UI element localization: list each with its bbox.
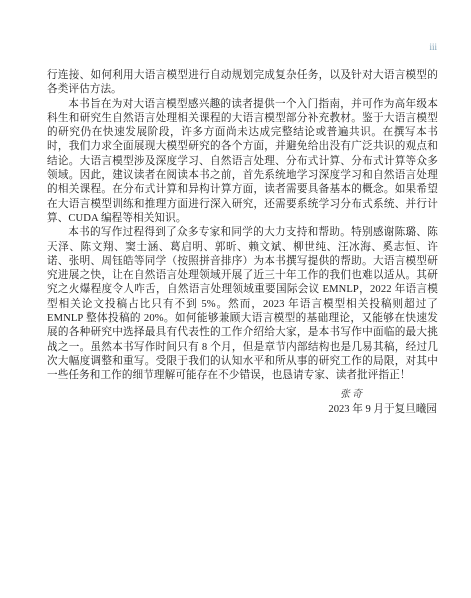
paragraph-audience: 本书旨在为对大语言模型感兴趣的读者提供一个入门指南，并可作为高年级本科生和研究生… — [47, 98, 438, 227]
signature-date-place: 2023 年 9 月于复旦曦园 — [267, 402, 437, 417]
page-number: iii — [429, 42, 437, 52]
author-name: 张奇 — [267, 387, 437, 402]
paragraph-continuation: 行连接、如何利用大语言模型进行自动规划完成复杂任务，以及针对大语言模型的各类评估… — [47, 69, 438, 98]
paragraph-acknowledgements: 本书的写作过程得到了众多专家和同学的大力支持和帮助。特别感谢陈璐、陈天泽、陈文翔… — [47, 226, 438, 383]
preface-body: 行连接、如何利用大语言模型进行自动规划完成复杂任务，以及针对大语言模型的各类评估… — [47, 69, 438, 384]
document-page: iii 行连接、如何利用大语言模型进行自动规划完成复杂任务，以及针对大语言模型的… — [0, 0, 471, 598]
signature-block: 张奇 2023 年 9 月于复旦曦园 — [267, 387, 437, 417]
